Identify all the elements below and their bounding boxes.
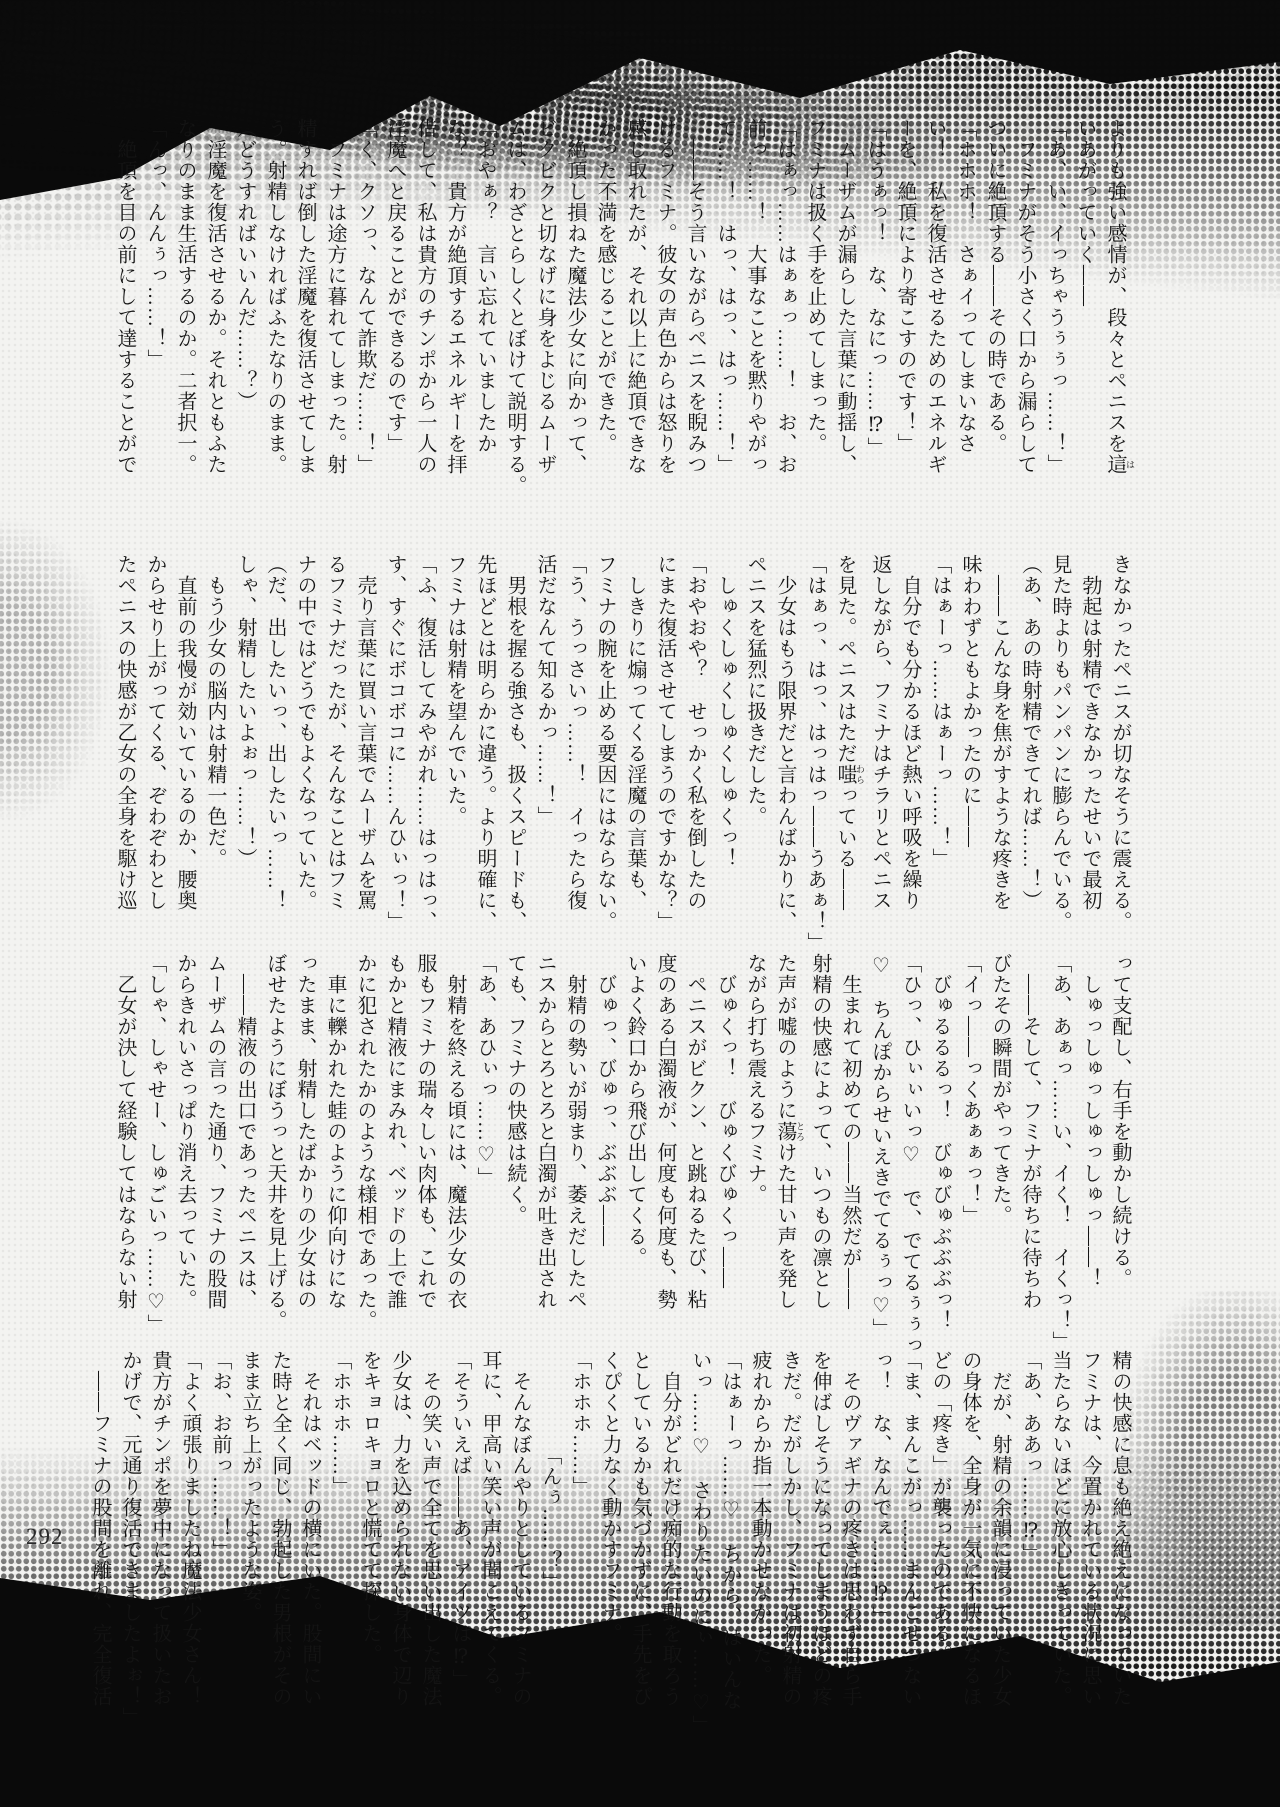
text-column: フミナは、今置かれている状況に思い [1075,1350,1105,1732]
text-column: 精すれば倒した淫魔を復活させてしま [290,118,320,500]
text-band-4: 精の快感に息も絶え絶えになっていたフミナは、今置かれている状況に思い当たらないほ… [65,1350,1135,1732]
text-column: 乙女が決して経験してはならない射 [110,953,140,1335]
text-band-1: よりも強い感情が、段々とペニスを這はいあがっていく――「あ、い、イっちゃうぅぅっ… [65,118,1135,500]
text-column: かった不満を感じることができた。 [590,118,620,500]
text-column: 淫魔へと戻ることができるのです」 [380,118,410,500]
text-column: よりも強い感情が、段々とペニスを這は [1100,118,1135,500]
text-column: （だ、出したいっ、出したいっ……！ [260,554,290,936]
text-column: 「ふ、復活してみやがれ……はっはっ、 [410,554,440,936]
text-column: 耳に、甲高い笑い声が聞こえてくる。 [475,1350,505,1732]
text-column: だが、射精の余韻に浸っていた少女 [985,1350,1015,1732]
text-column: 「はぁーっ……はぁーっ……！」 [925,554,955,936]
text-column: しきりに煽ってくる淫魔の言葉も、 [620,554,650,936]
text-column: 「ホホホ……」 [565,1350,595,1732]
text-column: そのヴァギナの疼きは思わず自ら手 [835,1350,865,1732]
text-column: 淫魔を復活させるか。それともふた [200,118,230,500]
text-column: ――精液の出口であったペニスは、 [230,953,260,1335]
text-column: かに犯されたかのような様相であった。 [350,953,380,1335]
text-column: 返しながら、フミナはチラリとペニス [865,554,895,936]
text-column: い！ 私を復活させるためのエネルギ [920,118,950,500]
text-column: びゅくっ！ びゅくびゅくっ―― [710,953,740,1335]
text-column: 前っ……！ 大事なことを黙りやがっ [740,118,770,500]
text-column: 少女はもう限界だと言わんばかりに、 [770,554,800,936]
text-column: いっ……♡ さわりたいのにぃ……♡」 [685,1350,715,1732]
text-column: しゅくしゅくしゅくしゅくっ！ [710,554,740,936]
text-column: ても、フミナの快感は続く。 [500,953,530,1335]
text-column: 活だなんて知るかっ……！」 [530,554,560,936]
text-column: ――フミナの股間を離れ、完全復活 [85,1350,115,1732]
text-column: 味わわずともよかったのに―― [955,554,985,936]
text-column: 射精を終える頃には、魔法少女の衣 [440,953,470,1335]
text-column: ムーザムが漏らした言葉に動揺し、 [830,118,860,500]
text-column: ――こんな身を焦がすような疼きを [985,554,1015,936]
text-column: 「おやおや？ せっかく私を倒したの [680,554,710,936]
text-column: にまた復活させてしまうのですかな？」 [650,554,680,936]
text-column: いよく鈴口から飛び出してくる。 [620,953,650,1335]
text-column: びゅっ、びゅっ、ぶぶぶ―― [590,953,620,1335]
text-column: フミナの腕を止める要因にはならない。 [590,554,620,936]
text-column: 射精の勢いが弱まり、萎えだしたペ [560,953,590,1335]
text-column: びゅるるるっ！ びゅびゅぶぶぶっ！ [925,953,955,1335]
text-column: な？ 貴方が絶頂するエネルギーを拝 [440,118,470,500]
text-column: 借して、私は貴方のチンポから一人の [410,118,440,500]
text-column: 「おやぁ？ 言い忘れていましたか [470,118,500,500]
text-band-3: って支配し、右手を動かし続ける。 しゅっしゅっしゅっしゅっ――！「あ、あぁっ……… [65,953,1135,1335]
text-column: ペニスがビクン、と跳ねるたび、粘 [680,953,710,1335]
text-column: いあがっていく―― [1070,118,1100,500]
text-column: の身体を、全身が一気に不快になるほ [955,1350,985,1732]
text-column: 先ほどとは明らかに違う。より明確に、 [470,554,500,936]
text-column: かげで、元通り復活できましたよぉ！」 [115,1350,145,1732]
text-column: びたその瞬間がやってきた。 [985,953,1015,1335]
text-column: ペニスを猛烈に扱きだした。 [740,554,770,936]
text-column: 自分でも分かるほど熱い呼吸を繰り [895,554,925,936]
text-column: 度のある白濁液が、何度も何度も、勢 [650,953,680,1335]
text-column: を伸ばしそうになってしまうほどの疼 [805,1350,835,1732]
text-column: ――そう言いながらペニスを睨みつ [680,118,710,500]
text-column: 「そういえば――あ、アイツは⁉」 [445,1350,475,1732]
text-column: フミナがそう小さく口から漏らして [1010,118,1040,500]
text-column: 「あ、い、イっちゃうぅぅっ……！」 [1040,118,1070,500]
text-column: フミナは扱く手を止めてしまった。 [800,118,830,500]
text-column: ♡ ちんぽからせいえきでてるぅっ♡」 [865,953,895,1335]
text-column: からきれいさっぱり消え去っていた。 [170,953,200,1335]
text-column: 感じ取れたが、それ以上に絶頂できな [620,118,650,500]
text-column: 「はぁっ……はぁぁっ……！ お、お [770,118,800,500]
text-column: 「あ、あぁっ……い、イく！ イくっ！」 [1045,953,1075,1335]
text-column: た声が嘘のように蕩とろけた甘い声を発し [770,953,805,1335]
text-column: そんなぼんやりとしているフミナの [505,1350,535,1732]
text-column: 「ホホホ……」 [325,1350,355,1732]
text-column: をキョロキョロと慌てて探した。 [355,1350,385,1732]
text-column: しゃ、射精したいよぉっ……！） [230,554,260,936]
text-column: 自分がどれだけ痴的な行動を取ろう [655,1350,685,1732]
text-column: 貴方がチンポを夢中になって扱いたお [145,1350,175,1732]
text-column: ムは、わざとらしくとぼけて説明する。 [500,118,530,500]
text-column: ついに絶頂する――その時である。 [980,118,1010,500]
text-column: 勃起は射精できなかったせいで最初 [1075,554,1105,936]
text-column: っ！ な、なんでぇ……⁉」 [865,1350,895,1732]
text-column: 疲れからか指一本動かせなかった。 [745,1350,775,1732]
text-column: まま立ち上がったような姿。 [235,1350,265,1732]
text-column: 絶頂を目の前にして達することがで [110,118,140,500]
text-column: 「く、クソっ、なんて詐欺だ……！」 [350,118,380,500]
text-column: くぴくと力なく動かすフミナ。 [595,1350,625,1732]
text-column: それはベッドの横にいた。股間にい [295,1350,325,1732]
text-column: 「う、うっさいっ……！ イったら復 [560,554,590,936]
text-column: ――そして、フミナが待ちに待ちわ [1015,953,1045,1335]
text-column: （あ、あの時射精できてれば……！） [1015,554,1045,936]
text-column: 服もフミナの瑞々しい肉体も、これで [410,953,440,1335]
text-column: 「あ、あひぃっ……♡」 [470,953,500,1335]
text-column: ニスからとろとろと白濁が吐き出され [530,953,560,1335]
text-column: 「お、お前っ……！」 [205,1350,235,1732]
text-column: 「はうぁっ！ な、なにっ……⁉」 [860,118,890,500]
text-column: 少女は、力を込められない身体で辺り [385,1350,415,1732]
text-column: て……！ はっ、はっ、はっ……！」 [710,118,740,500]
text-column: 「んぅ……？」 [535,1350,565,1732]
text-column: 「イっ――っくあぁぁっ！」 [955,953,985,1335]
text-column: 直前の我慢が効いているのか、腰奥 [170,554,200,936]
text-column: 精の快感に息も絶え絶えになっていた [1105,1350,1135,1732]
text-column: （どうすればいいんだ……？） [230,118,260,500]
halftone-cloud-right [1120,1290,1280,1630]
text-column: 「よく頑張りましたね魔法少女さん！ [175,1350,205,1732]
text-column: 「ま、まんこがっ……まんこせつない [895,1350,925,1732]
text-column: 男根を握る強さも、扱くスピードも、 [500,554,530,936]
text-column: 当たらないほどに放心しきっていた。 [1045,1350,1075,1732]
text-column: たペニスの快感が乙女の全身を駆け巡 [110,554,140,936]
text-column: ナの中ではどうでもよくなっていた。 [290,554,320,936]
text-column: ーを、絶頂により寄こすのです！」 [890,118,920,500]
text-column: もう少女の脳内は射精一色だ。 [200,554,230,936]
text-column: フミナは射精を望んでいた。 [440,554,470,936]
text-column: って支配し、右手を動かし続ける。 [1105,953,1135,1335]
text-column: どの「疼き」が襲ったのである。 [925,1350,955,1732]
text-column: 「はぁっ、はっ、はっはっ――うあぁ！」 [800,554,830,936]
text-column: その笑い声で全てを思い出した魔法 [415,1350,445,1732]
text-column: 「あ、ああっ……⁉」 [1015,1350,1045,1732]
text-band-2: きなかったペニスが切なそうに震える。 勃起は射精できなかったせいで最初見た時より… [65,554,1135,936]
text-column: 売り言葉に買い言葉でムーザムを罵 [350,554,380,936]
text-column: 生まれて初めての――当然だが―― [835,953,865,1335]
text-column: た時と全く同じ、勃起した男根がその [265,1350,295,1732]
text-column: きだ。だがしかし、フミナは初射精の [775,1350,805,1732]
text-column: 「ホホホ！ さぁイってしまいなさ [950,118,980,500]
text-column: フミナは途方に暮れてしまった。射 [320,118,350,500]
text-column: ったまま、射精したばかりの少女はの [290,953,320,1335]
text-column: けるフミナ。彼女の声色からは怒りを [650,118,680,500]
text-column: としているかも気づかずに、手先をぴ [625,1350,655,1732]
text-column: なりのまま生活するのか。二者択一。 [170,118,200,500]
text-column: 「はぁーっ……♡ ちから、はいんな [715,1350,745,1732]
text-column: もかと精液にまみれ、ベッドの上で誰 [380,953,410,1335]
text-column: からせり上がってくる、ぞわぞわとし [140,554,170,936]
text-column: う。射精しなければふたなりのまま。 [260,118,290,500]
text-column: 「んっ、んんぅっ……！」 [140,118,170,500]
text-column: ムーザムの言った通り、フミナの股間 [200,953,230,1335]
text-column: るフミナだったが、そんなことはフミ [320,554,350,936]
text-column: す、すぐにボコボコに……んひぃっ！」 [380,554,410,936]
text-column: 「しゃ、しゃせー、しゅごいっ……♡」 [140,953,170,1335]
text-column: しゅっしゅっしゅっしゅっ――！ [1075,953,1105,1335]
text-column: ぼせたようにぼうっと天井を見上げる。 [260,953,290,1335]
text-column: 「ひっ、ひぃぃいっ♡ で、でてるぅぅっ [895,953,925,1335]
text-column: ビクビクと切なげに身をよじるムーザ [530,118,560,500]
text-column: を見た。ペニスはただ嗤わらっている―― [830,554,865,936]
text-column: ながら打ち震えるフミナ。 [740,953,770,1335]
text-column: 車に轢かれた蛙のように仰向けにな [320,953,350,1335]
text-column: 射精の快感によって、いつもの凛とし [805,953,835,1335]
page-number: 292 [26,1524,64,1550]
text-column: 絶頂し損ねた魔法少女に向かって、 [560,118,590,500]
text-column: きなかったペニスが切なそうに震える。 [1105,554,1135,936]
text-column: 見た時よりもパンパンに膨らんでいる。 [1045,554,1075,936]
